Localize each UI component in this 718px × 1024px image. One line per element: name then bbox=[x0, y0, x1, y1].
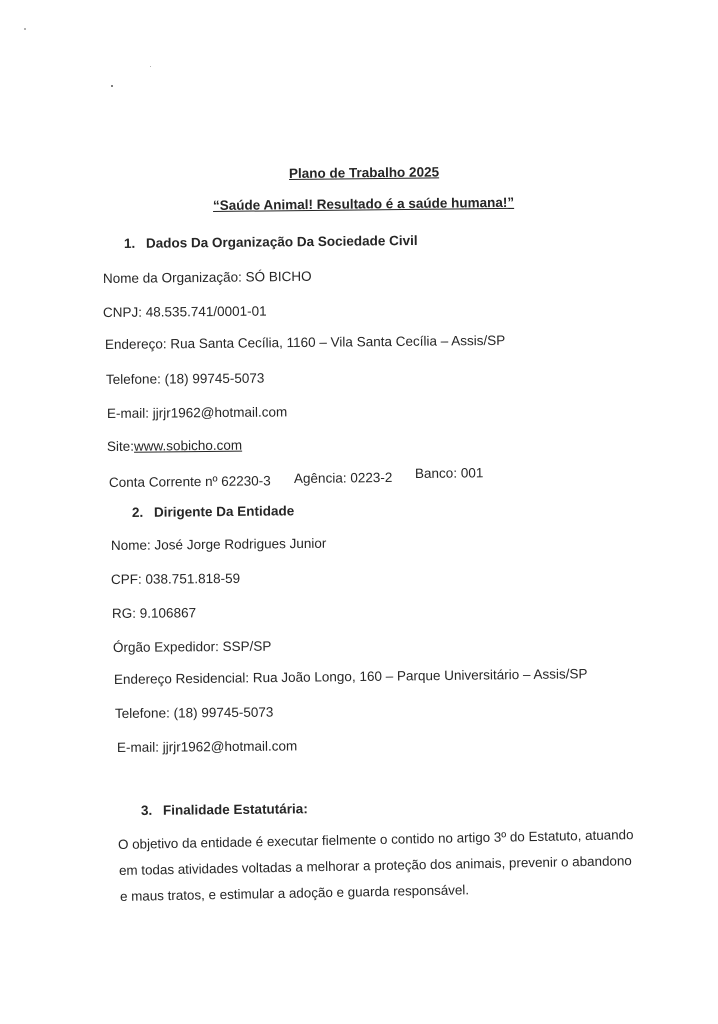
bank-number-field: Banco: 001 bbox=[415, 465, 483, 482]
cnpj-field: CNPJ: 48.535.741/0001-01 bbox=[103, 304, 267, 321]
director-cpf-field: CPF: 038.751.818-59 bbox=[111, 571, 240, 588]
director-address-field: Endereço Residencial: Rua João Longo, 16… bbox=[114, 666, 588, 688]
purpose-paragraph-line-3: e maus tratos, e estimular a adoção e gu… bbox=[120, 882, 469, 905]
org-email-field: E-mail: jjrjr1962@hotmail.com bbox=[107, 404, 287, 422]
section-2-heading: 2.Dirigente Da Entidade bbox=[132, 503, 294, 521]
director-rg-field: RG: 9.106867 bbox=[112, 605, 196, 622]
section-1-title: Dados Da Organização Da Sociedade Civil bbox=[146, 233, 418, 251]
scan-speck bbox=[24, 28, 26, 30]
purpose-paragraph-line-1: O objetivo da entidade é executar fielme… bbox=[118, 827, 634, 853]
section-3-title: Finalidade Estatutária: bbox=[163, 801, 308, 818]
bank-agency-field: Agência: 0223-2 bbox=[294, 470, 392, 487]
document-page: Plano de Trabalho 2025 “Saúde Animal! Re… bbox=[0, 0, 718, 1024]
purpose-paragraph-line-2: em todas atividades voltadas a melhorar … bbox=[119, 853, 632, 879]
org-phone-field: Telefone: (18) 99745-5073 bbox=[106, 371, 265, 388]
director-email-field: E-mail: jjrjr1962@hotmail.com bbox=[117, 738, 297, 756]
org-address-field: Endereço: Rua Santa Cecília, 1160 – Vila… bbox=[105, 333, 505, 353]
site-link[interactable]: www.sobicho.com bbox=[134, 438, 242, 454]
scan-speck bbox=[111, 85, 113, 87]
section-2-title: Dirigente Da Entidade bbox=[154, 503, 294, 519]
scan-speck bbox=[150, 66, 151, 67]
site-label: Site: bbox=[107, 439, 134, 454]
director-issuer-field: Órgão Expedidor: SSP/SP bbox=[113, 639, 271, 656]
section-3-number: 3. bbox=[141, 803, 163, 819]
section-1-number: 1. bbox=[124, 236, 146, 252]
document-title: Plano de Trabalho 2025 bbox=[289, 164, 439, 182]
director-phone-field: Telefone: (18) 99745-5073 bbox=[115, 705, 274, 722]
org-site-field: Site:www.sobicho.com bbox=[107, 438, 242, 455]
section-1-heading: 1.Dados Da Organização Da Sociedade Civi… bbox=[124, 233, 418, 252]
section-2-number: 2. bbox=[132, 505, 154, 521]
org-name-field: Nome da Organização: SÓ BICHO bbox=[103, 269, 312, 287]
document-subtitle: “Saúde Animal! Resultado é a saúde human… bbox=[213, 195, 514, 214]
director-name-field: Nome: José Jorge Rodrigues Junior bbox=[111, 536, 327, 554]
section-3-heading: 3.Finalidade Estatutária: bbox=[141, 801, 308, 819]
bank-account-field: Conta Corrente nº 62230-3 bbox=[109, 473, 271, 491]
